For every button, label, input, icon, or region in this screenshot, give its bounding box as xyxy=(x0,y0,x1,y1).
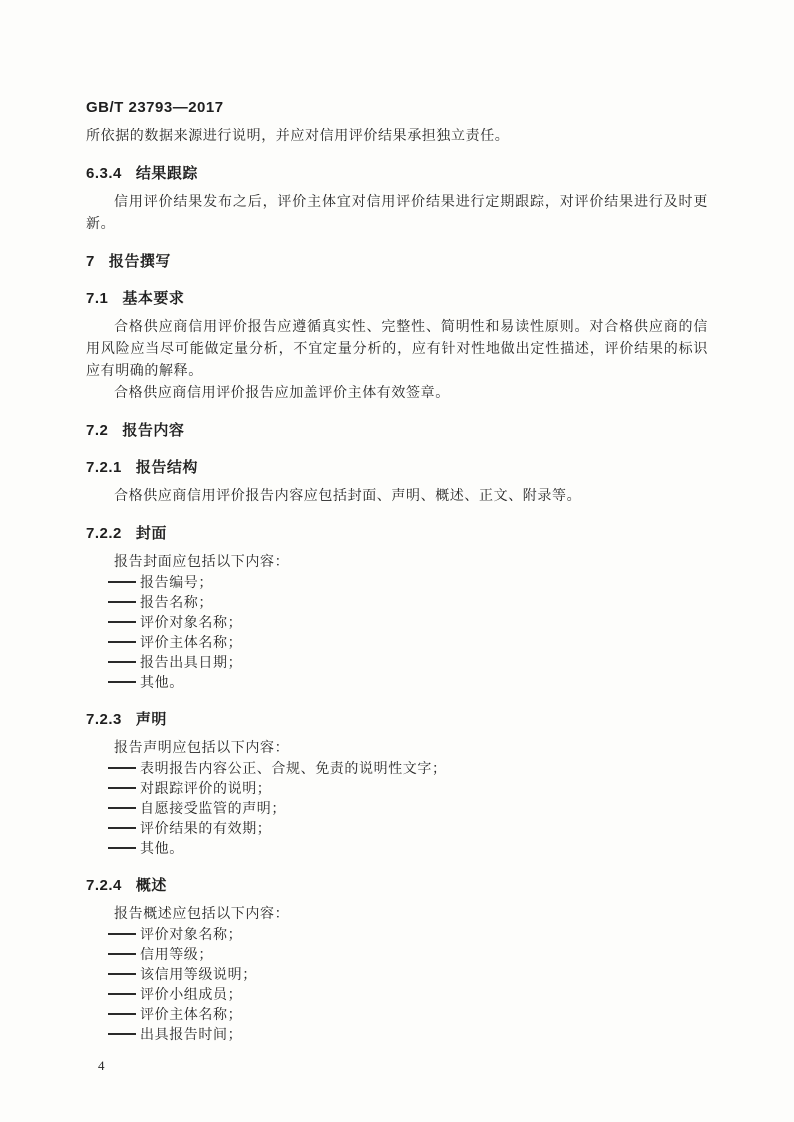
em-dash-marker xyxy=(108,621,136,623)
list-item-text: 自愿接受监管的声明； xyxy=(140,802,286,817)
paragraph: 信用评价结果发布之后，评价主体宜对信用评价结果进行定期跟踪，对评价结果进行及时更… xyxy=(86,192,708,236)
section-number: 7.2.1 xyxy=(86,457,122,479)
list-item: 其他。 xyxy=(108,674,708,694)
section-title: 报告撰写 xyxy=(109,253,171,270)
em-dash-marker xyxy=(108,661,136,663)
em-dash-marker xyxy=(108,993,136,995)
section-title: 结果跟踪 xyxy=(136,165,198,182)
em-dash-marker xyxy=(108,933,136,935)
list-item-text: 评价结果的有效期； xyxy=(140,822,271,837)
list-item-text: 报告名称； xyxy=(140,596,213,611)
section-heading-7.2.4: 7.2.4概述 xyxy=(86,875,708,897)
section-heading-6.3.4: 6.3.4结果跟踪 xyxy=(86,163,708,185)
em-dash-marker xyxy=(108,787,136,789)
section-number: 7.2.4 xyxy=(86,875,122,897)
section-title: 声明 xyxy=(136,711,167,728)
dash-list: 报告编号；报告名称；评价对象名称；评价主体名称；报告出具日期；其他。 xyxy=(86,574,708,694)
em-dash-marker xyxy=(108,681,136,683)
section-heading-7.1: 7.1基本要求 xyxy=(86,288,708,310)
em-dash-marker xyxy=(108,953,136,955)
section-number: 7.2.3 xyxy=(86,709,122,731)
paragraph: 合格供应商信用评价报告内容应包括封面、声明、概述、正文、附录等。 xyxy=(86,486,708,508)
list-item: 评价主体名称； xyxy=(108,1006,708,1026)
list-item-text: 其他。 xyxy=(140,842,184,857)
em-dash-marker xyxy=(108,827,136,829)
list-item: 评价主体名称； xyxy=(108,634,708,654)
section-heading-7.2.2: 7.2.2封面 xyxy=(86,523,708,545)
em-dash-marker xyxy=(108,581,136,583)
section-title: 报告内容 xyxy=(122,422,184,439)
paragraph: 合格供应商信用评价报告应加盖评价主体有效签章。 xyxy=(86,383,708,405)
section-heading-7: 7报告撰写 xyxy=(86,251,708,273)
em-dash-marker xyxy=(108,973,136,975)
list-item: 对跟踪评价的说明； xyxy=(108,780,708,800)
section-number: 6.3.4 xyxy=(86,163,122,185)
list-item: 报告出具日期； xyxy=(108,654,708,674)
em-dash-marker xyxy=(108,1033,136,1035)
section-heading-7.2.1: 7.2.1报告结构 xyxy=(86,457,708,479)
standard-number-header: GB/T 23793—2017 xyxy=(86,97,708,119)
section-title: 封面 xyxy=(136,525,167,542)
list-item-text: 报告编号； xyxy=(140,576,213,591)
list-item: 信用等级； xyxy=(108,946,708,966)
section-heading-7.2.3: 7.2.3声明 xyxy=(86,709,708,731)
list-item: 自愿接受监管的声明； xyxy=(108,800,708,820)
document-body: 所依据的数据来源进行说明，并应对信用评价结果承担独立责任。6.3.4结果跟踪信用… xyxy=(86,126,708,1046)
paragraph: 合格供应商信用评价报告应遵循真实性、完整性、简明性和易读性原则。对合格供应商的信… xyxy=(86,317,708,383)
section-number: 7.1 xyxy=(86,288,108,310)
paragraph: 所依据的数据来源进行说明，并应对信用评价结果承担独立责任。 xyxy=(86,126,708,148)
list-item-text: 信用等级； xyxy=(140,948,213,963)
section-number: 7.2.2 xyxy=(86,523,122,545)
em-dash-marker xyxy=(108,601,136,603)
dash-list: 评价对象名称；信用等级；该信用等级说明；评价小组成员；评价主体名称；出具报告时间… xyxy=(86,926,708,1046)
list-item-text: 评价主体名称； xyxy=(140,636,242,651)
list-item: 表明报告内容公正、合规、免责的说明性文字； xyxy=(108,760,708,780)
em-dash-marker xyxy=(108,1013,136,1015)
page-number: 4 xyxy=(98,1058,708,1074)
list-item-text: 评价对象名称； xyxy=(140,928,242,943)
em-dash-marker xyxy=(108,847,136,849)
list-item-text: 表明报告内容公正、合规、免责的说明性文字； xyxy=(140,762,447,777)
em-dash-marker xyxy=(108,641,136,643)
paragraph: 报告封面应包括以下内容： xyxy=(86,552,708,574)
list-item-text: 其他。 xyxy=(140,676,184,691)
em-dash-marker xyxy=(108,807,136,809)
section-number: 7 xyxy=(86,251,95,273)
list-item: 其他。 xyxy=(108,840,708,860)
list-item: 评价结果的有效期； xyxy=(108,820,708,840)
list-item: 评价小组成员； xyxy=(108,986,708,1006)
list-item-text: 对跟踪评价的说明； xyxy=(140,782,271,797)
section-title: 基本要求 xyxy=(122,290,184,307)
dash-list: 表明报告内容公正、合规、免责的说明性文字；对跟踪评价的说明；自愿接受监管的声明；… xyxy=(86,760,708,860)
list-item-text: 出具报告时间； xyxy=(140,1028,242,1043)
list-item-text: 该信用等级说明； xyxy=(140,968,257,983)
em-dash-marker xyxy=(108,767,136,769)
paragraph: 报告声明应包括以下内容： xyxy=(86,738,708,760)
list-item-text: 报告出具日期； xyxy=(140,656,242,671)
list-item: 报告名称； xyxy=(108,594,708,614)
list-item: 评价对象名称； xyxy=(108,926,708,946)
section-title: 概述 xyxy=(136,877,167,894)
document-page: GB/T 23793—2017 所依据的数据来源进行说明，并应对信用评价结果承担… xyxy=(0,0,794,1122)
list-item-text: 评价小组成员； xyxy=(140,988,242,1003)
section-heading-7.2: 7.2报告内容 xyxy=(86,420,708,442)
list-item: 出具报告时间； xyxy=(108,1026,708,1046)
list-item: 该信用等级说明； xyxy=(108,966,708,986)
paragraph: 报告概述应包括以下内容： xyxy=(86,904,708,926)
list-item-text: 评价对象名称； xyxy=(140,616,242,631)
section-number: 7.2 xyxy=(86,420,108,442)
list-item: 评价对象名称； xyxy=(108,614,708,634)
section-title: 报告结构 xyxy=(136,459,198,476)
list-item-text: 评价主体名称； xyxy=(140,1008,242,1023)
list-item: 报告编号； xyxy=(108,574,708,594)
